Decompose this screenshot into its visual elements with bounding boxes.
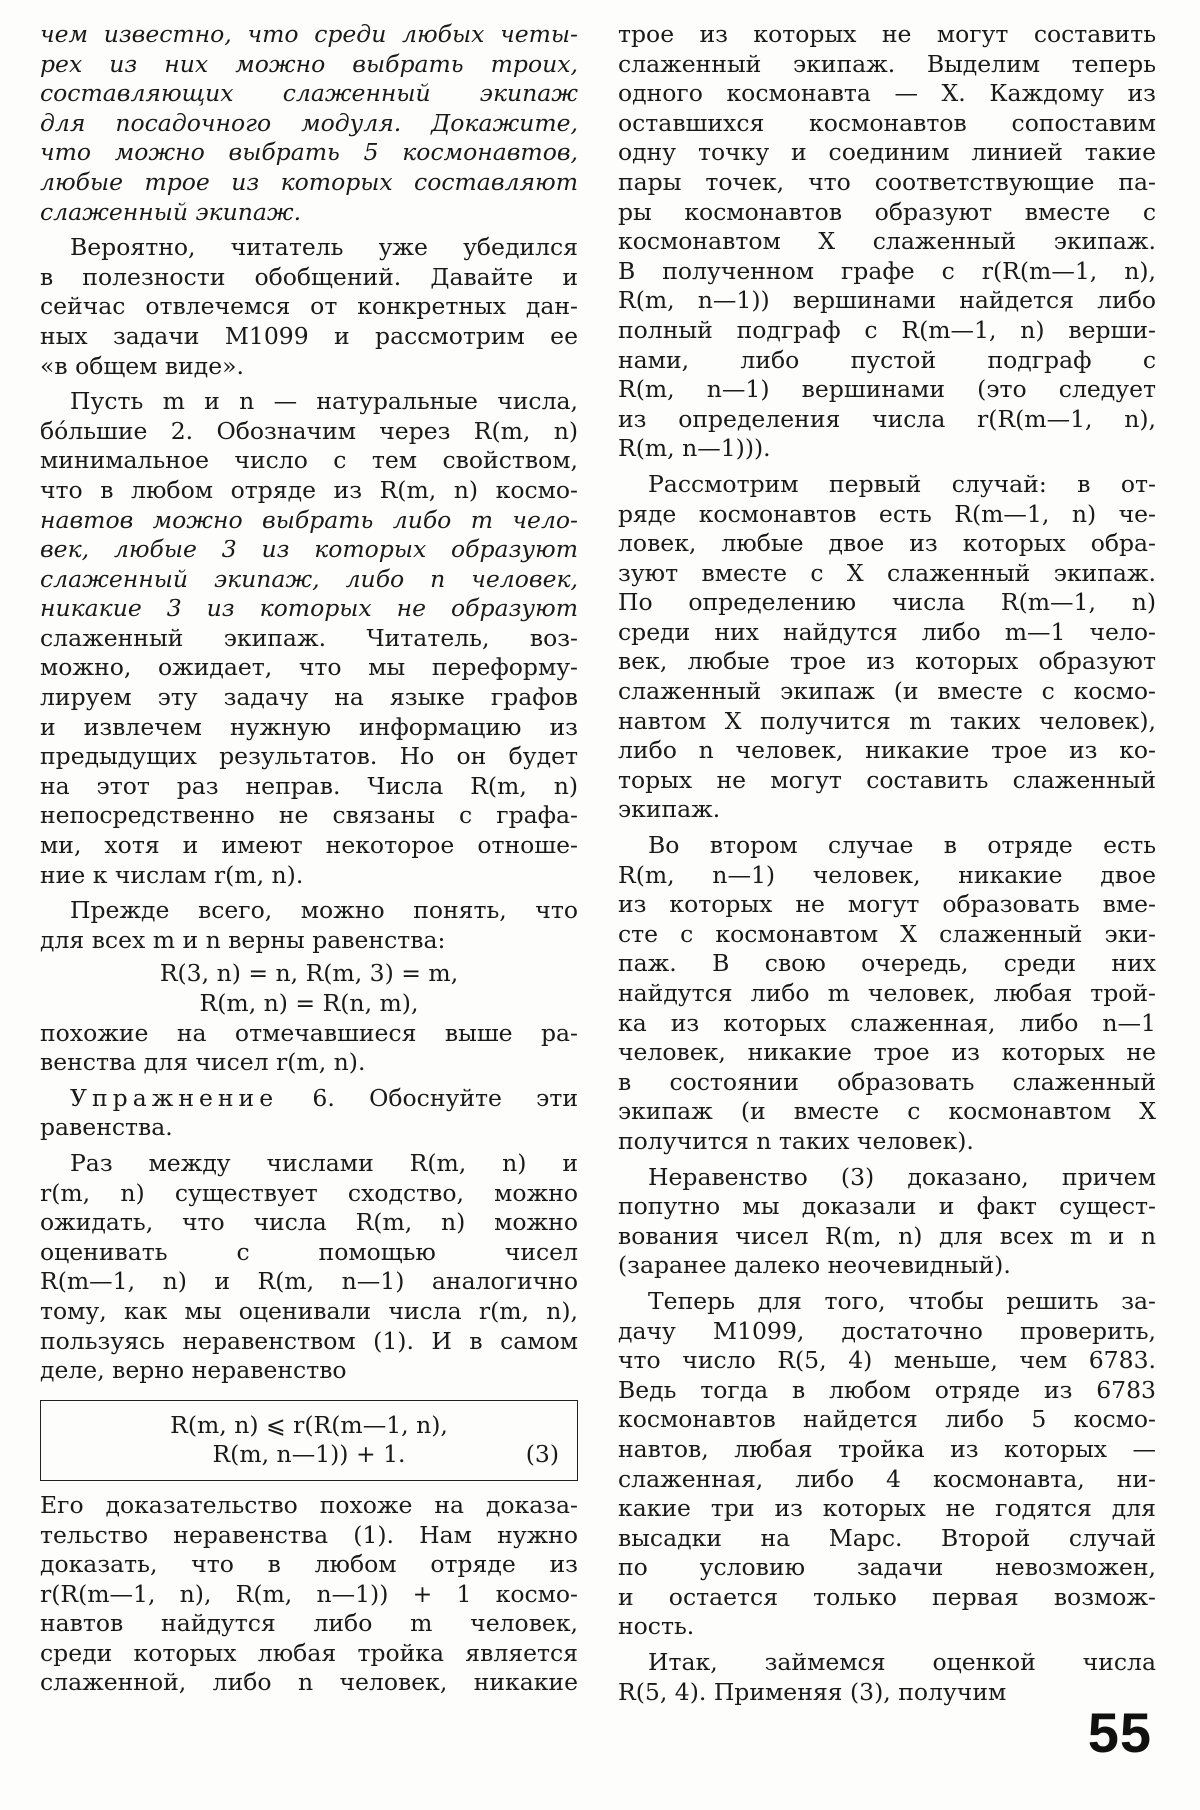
text-line: ры космонавтов образуют вместе с [618, 198, 1156, 228]
text-line: космонавтов найдется либо 5 космо- [618, 1405, 1156, 1435]
text-line: ка из которых слаженная, либо n—1 [618, 1009, 1156, 1039]
text-line: либо n человек, никакие трое из ко- [618, 736, 1156, 766]
text-line: предыдущих результатов. Но он будет [40, 742, 578, 772]
text-line: Неравенство (3) доказано, причем [618, 1163, 1156, 1193]
text-line: ожидать, что числа R(m, n) можно [40, 1208, 578, 1238]
paragraph-m1099: Теперь для того, чтобы решить за- дачу М… [618, 1287, 1156, 1642]
paragraph-equalities-intro: Прежде всего, можно понять, что для всех… [40, 896, 578, 955]
text-line: тому, как мы оценивали числа r(m, n), [40, 1297, 578, 1327]
text-line: слаженный экипаж, либо n человек, [40, 565, 578, 595]
text-line: слаженный экипаж. Выделим теперь [618, 50, 1156, 80]
text-line: ние к числам r(m, n). [40, 861, 578, 891]
text-line: из определения числа r(R(m—1, n), [618, 405, 1156, 435]
text-line: слаженный экипаж (и вместе с космо- [618, 677, 1156, 707]
text-line: среди них найдутся либо m—1 чело- [618, 618, 1156, 648]
text-line: доказать, что в любом отряде из [40, 1550, 578, 1580]
text-line: навтом X получится m таких человек), [618, 707, 1156, 737]
text-line: ность. [618, 1612, 1156, 1642]
text-line: рех из них можно выбрать троих, [40, 50, 578, 80]
text-line: пользуясь неравенством (1). И в самом [40, 1327, 578, 1357]
text-line: можно, ожидает, что мы переформу- [40, 653, 578, 683]
text-line: нами, либо пустой подграф с [618, 346, 1156, 376]
text-line: похожие на отмечавшиеся выше ра- [40, 1019, 578, 1049]
page-number: 55 [1088, 1700, 1152, 1765]
text-line: тельство неравенства (1). Нам нужно [40, 1521, 578, 1551]
text-line: сейчас отвлечемся от конкретных дан- [40, 292, 578, 322]
text-line: R(m—1, n) и R(m, n—1) аналогично [40, 1267, 578, 1297]
text-line: навтов найдутся либо m человек, [40, 1609, 578, 1639]
text-line: любые трое из которых составляют [40, 168, 578, 198]
text-line: ми, хотя и имеют некоторое отноше- [40, 831, 578, 861]
left-column: чем известно, что среди любых четы- рех … [40, 20, 578, 1698]
text-line: Рассмотрим первый случай: в от- [618, 470, 1156, 500]
text-line: что в любом отряде из R(m, n) космо- [40, 476, 578, 506]
text-line: Пусть m и n — натуральные числа, [40, 387, 578, 417]
text-line: какие три из которых не годятся для [618, 1494, 1156, 1524]
text-line: сте с космонавтом X слаженный эки- [618, 920, 1156, 950]
paragraph-similar: похожие на отмечавшиеся выше ра- венства… [40, 1019, 578, 1078]
text-line: что можно выбрать 5 космонавтов, [40, 138, 578, 168]
text-line: одного космонавта — X. Каждому из [618, 79, 1156, 109]
text-line: Во втором случае в отряде есть [618, 831, 1156, 861]
equation-number: (3) [526, 1440, 559, 1470]
text-line: экипаж (и вместе с космонавтом X [618, 1097, 1156, 1127]
text-line: высадки на Марс. Второй случай [618, 1524, 1156, 1554]
text-line: торых не могут составить слаженный [618, 766, 1156, 796]
text-line: Ведь тогда в любом отряде из 6783 [618, 1376, 1156, 1406]
text-line: оценивать с помощью чисел [40, 1238, 578, 1268]
text-line: Раз между числами R(m, n) и [40, 1149, 578, 1179]
paragraph-definition: Пусть m и n — натуральные числа, бо́льши… [40, 387, 578, 890]
text-line: оставшихся космонавтов сопоставим [618, 109, 1156, 139]
text-line: и извлечем нужную информацию из [40, 713, 578, 743]
text-line: непосредственно не связаны с графа- [40, 801, 578, 831]
text-line: слаженная, либо 4 космонавта, ни- [618, 1465, 1156, 1495]
paragraph-first-case: Рассмотрим первый случай: в от- ряде кос… [618, 470, 1156, 825]
text-line: деле, верно неравенство [40, 1356, 578, 1386]
text-line: в состоянии образовать слаженный [618, 1068, 1156, 1098]
paragraph-estimation: Раз между числами R(m, n) и r(m, n) суще… [40, 1149, 578, 1386]
text-line: найдутся либо m человек, любая трой- [618, 979, 1156, 1009]
text-line: паж. В свою очередь, среди них [618, 949, 1156, 979]
paragraph-graph-construction: трое из которых не могут составить слаже… [618, 20, 1156, 464]
text-line: минимальное число с тем свойством, [40, 446, 578, 476]
text-line: в полезности обобщений. Давайте и [40, 263, 578, 293]
text-line: попутно мы доказали и факт сущест- [618, 1192, 1156, 1222]
exercise-text: 6. Обоснуйте эти [278, 1084, 578, 1112]
text-line: навтов можно выбрать либо m чело- [40, 506, 578, 536]
text-line: пары точек, что соответствующие па- [618, 168, 1156, 198]
text-line: никакие 3 из которых не образуют [40, 594, 578, 624]
text-line: полный подграф с R(m—1, n) верши- [618, 316, 1156, 346]
text-line: бо́льшие 2. Обозначим через R(m, n) [40, 417, 578, 447]
text-line: для всех m и n верны равенства: [40, 926, 578, 956]
text-line: дачу М1099, достаточно проверить, [618, 1317, 1156, 1347]
text-line: венства для чисел r(m, n). [40, 1048, 578, 1078]
text-line: r(R(m—1, n), R(m, n—1)) + 1 космо- [40, 1580, 578, 1610]
formula-line: R(m, n) = R(n, m), [40, 989, 578, 1019]
text-line: R(m, n—1) вершинами (это следует [618, 375, 1156, 405]
text-line: Упражнение 6. Обоснуйте эти [40, 1084, 578, 1114]
equalities-formula: R(3, n) = n, R(m, 3) = m, R(m, n) = R(n,… [40, 955, 578, 1018]
text-line: и остается только первая возмож- [618, 1583, 1156, 1613]
text-line: ных задачи М1099 и рассмотрим ее [40, 322, 578, 352]
formula-line: R(3, n) = n, R(m, 3) = m, [40, 959, 578, 989]
text-line: ряде космонавтов есть R(m—1, n) че- [618, 500, 1156, 530]
text-line: R(m, n—1))). [618, 434, 1156, 464]
text-line: на этот раз неправ. Числа R(m, n) [40, 772, 578, 802]
text-line: что число R(5, 4) меньше, чем 6783. [618, 1346, 1156, 1376]
exercise-6: Упражнение 6. Обоснуйте эти равенства. [40, 1084, 578, 1143]
text-line: лируем эту задачу на языке графов [40, 683, 578, 713]
text-line: r(m, n) существует сходство, можно [40, 1179, 578, 1209]
text-line: R(m, n—1) человек, никакие двое [618, 861, 1156, 891]
paragraph-proved: Неравенство (3) доказано, причем попутно… [618, 1163, 1156, 1281]
problem-statement-end: чем известно, что среди любых четы- рех … [40, 20, 578, 227]
text-line: для посадочного модуля. Докажите, [40, 109, 578, 139]
text-line: получится n таких человек). [618, 1127, 1156, 1157]
paragraph-generalization: Вероятно, читатель уже убедился в полезн… [40, 233, 578, 381]
journal-page: чем известно, что среди любых четы- рех … [40, 20, 1160, 1790]
text-line: Вероятно, читатель уже убедился [40, 233, 578, 263]
text-line: Итак, займемся оценкой числа [618, 1648, 1156, 1678]
text-line: слаженный экипаж. Читатель, воз- [40, 624, 578, 654]
text-line: По определению числа R(m—1, n) [618, 588, 1156, 618]
text-line: экипаж. [618, 795, 1156, 825]
text-line: чем известно, что среди любых четы- [40, 20, 578, 50]
text-line: зуют вместе с X слаженный экипаж. [618, 559, 1156, 589]
text-line: (заранее далеко неочевидный). [618, 1251, 1156, 1281]
boxed-inequality-3: R(m, n) ⩽ r(R(m—1, n), R(m, n—1)) + 1. (… [40, 1400, 578, 1481]
exercise-label: Упражнение [70, 1084, 278, 1112]
paragraph-second-case: Во втором случае в отряде есть R(m, n—1)… [618, 831, 1156, 1157]
text-line: навтов, любая тройка из которых — [618, 1435, 1156, 1465]
text-line: Прежде всего, можно понять, что [40, 896, 578, 926]
text-line: человек, никакие трое из которых не [618, 1038, 1156, 1068]
text-line: век, любые 3 из которых образуют [40, 535, 578, 565]
text-line: вования чисел R(m, n) для всех m и n [618, 1222, 1156, 1252]
text-line: равенства. [40, 1113, 578, 1143]
paragraph-proof: Его доказательство похоже на доказа- тел… [40, 1491, 578, 1698]
text-line: космонавтом X слаженный экипаж. [618, 227, 1156, 257]
text-line: слаженный экипаж. [40, 198, 578, 228]
text-line: по условию задачи невозможен, [618, 1553, 1156, 1583]
text-line: Теперь для того, чтобы решить за- [618, 1287, 1156, 1317]
text-line: В полученном графе с r(R(m—1, n), [618, 257, 1156, 287]
text-line: составляющих слаженный экипаж [40, 79, 578, 109]
paragraph-estimate-r54: Итак, займемся оценкой числа R(5, 4). Пр… [618, 1648, 1156, 1707]
formula-line: R(m, n) ⩽ r(R(m—1, n), [55, 1411, 563, 1441]
text-line: слаженной, либо n человек, никакие [40, 1668, 578, 1698]
text-line: среди которых любая тройка является [40, 1639, 578, 1669]
text-line: Его доказательство похоже на доказа- [40, 1491, 578, 1521]
text-line: R(5, 4). Применяя (3), получим [618, 1678, 1156, 1708]
text-line: трое из которых не могут составить [618, 20, 1156, 50]
formula-line: R(m, n—1)) + 1. [55, 1440, 563, 1470]
text-line: из которых не могут образовать вме- [618, 890, 1156, 920]
text-line: век, любые трое из которых образуют [618, 647, 1156, 677]
text-line: ловек, любые двое из которых обра- [618, 529, 1156, 559]
text-line: «в общем виде». [40, 352, 578, 382]
right-column: трое из которых не могут составить слаже… [618, 20, 1156, 1707]
text-line: R(m, n—1)) вершинами найдется либо [618, 286, 1156, 316]
text-line: одну точку и соединим линией такие [618, 138, 1156, 168]
